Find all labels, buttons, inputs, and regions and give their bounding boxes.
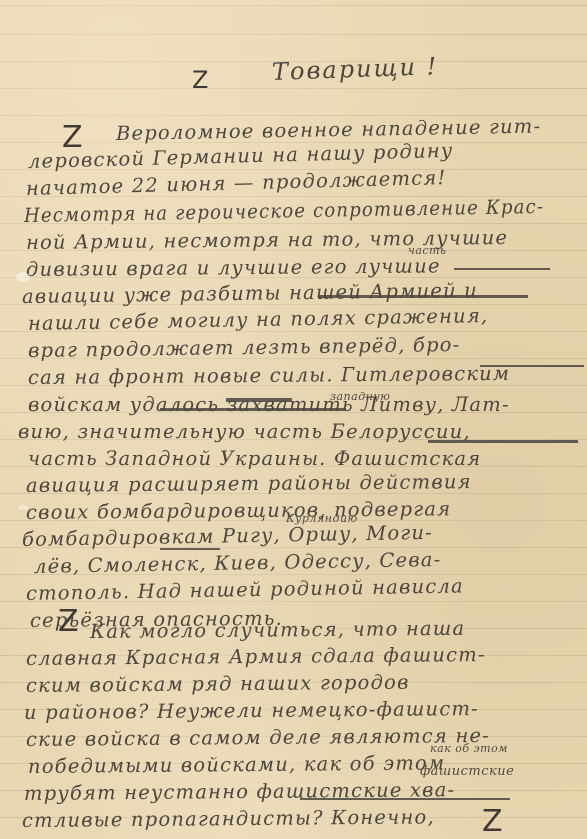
- heading-text: Товарищи !: [272, 52, 439, 86]
- manuscript-line: нашли себе могилу на полях сражения,: [28, 304, 489, 335]
- strikethrough-mark: [300, 798, 510, 800]
- inserted-word: Курляндию: [286, 512, 358, 525]
- manuscript-line: и районов? Неужели немецко-фашист-: [24, 697, 479, 724]
- section-mark: Z: [192, 66, 208, 94]
- inserted-word: западную: [330, 390, 390, 403]
- strikethrough-mark: [428, 440, 578, 443]
- strikethrough-mark: [318, 295, 528, 298]
- manuscript-line: вию, значительную часть Белоруссии,: [18, 420, 471, 443]
- strikethrough-mark: [160, 408, 346, 411]
- strikethrough-mark: [160, 548, 220, 550]
- manuscript-line: враг продолжает лезть вперёд, бро-: [28, 333, 461, 362]
- section-mark: Z: [482, 804, 503, 839]
- manuscript-line: авиации уже разбиты нашей Армией и: [22, 279, 478, 308]
- inserted-word: как об этом: [430, 742, 508, 755]
- manuscript-line: войскам удалось захватить Литву, Лат-: [28, 393, 510, 416]
- manuscript-line: ским войскам ряд наших городов: [26, 671, 410, 697]
- manuscript-line: бомбардировкам Ригу, Оршу, Моги-: [22, 521, 433, 551]
- manuscript-line: Вероломное военное нападение гит-: [116, 115, 542, 145]
- manuscript-line: трубят неустанно фашистские хва-: [24, 778, 455, 805]
- strikethrough-mark: [454, 268, 550, 270]
- inserted-word: часть: [408, 244, 446, 257]
- manuscript-line: стливые пропагандисты? Конечно,: [22, 805, 435, 832]
- manuscript-line: лёв, Смоленск, Киев, Одессу, Сева-: [34, 548, 442, 578]
- strikethrough-mark: [226, 398, 292, 402]
- manuscript-line: часть Западной Украины. Фашистская: [28, 447, 481, 470]
- manuscript-line: стополь. Над нашей родиной нависла: [26, 574, 464, 605]
- strikethrough-mark: [480, 365, 584, 367]
- manuscript-line: дивизии врага и лучшие его лучшие: [26, 254, 441, 281]
- paragraph-mark: Z: [58, 604, 79, 639]
- paper-blemish: [18, 505, 28, 510]
- manuscript-line: Несмотря на героическое сопротивление Кр…: [24, 195, 544, 227]
- manuscript-line: славная Красная Армия сдала фашист-: [26, 643, 486, 670]
- manuscript-line: авиация расширяет районы действия: [26, 470, 472, 497]
- manuscript-page: Z Товарищи ! Z Вероломное военное нападе…: [0, 0, 587, 839]
- paper-blemish: [16, 272, 30, 282]
- manuscript-line: ские войска в самом деле являются не-: [26, 724, 490, 751]
- manuscript-line: победимыми войсками, как об этом: [28, 751, 445, 778]
- manuscript-line: своих бомбардировщиков, подвергая: [26, 497, 451, 524]
- inserted-word: фашистские: [420, 764, 514, 779]
- manuscript-line: сая на фронт новые силы. Гитлеровским: [28, 362, 510, 389]
- manuscript-line: Как могло случиться, что наша: [90, 617, 465, 643]
